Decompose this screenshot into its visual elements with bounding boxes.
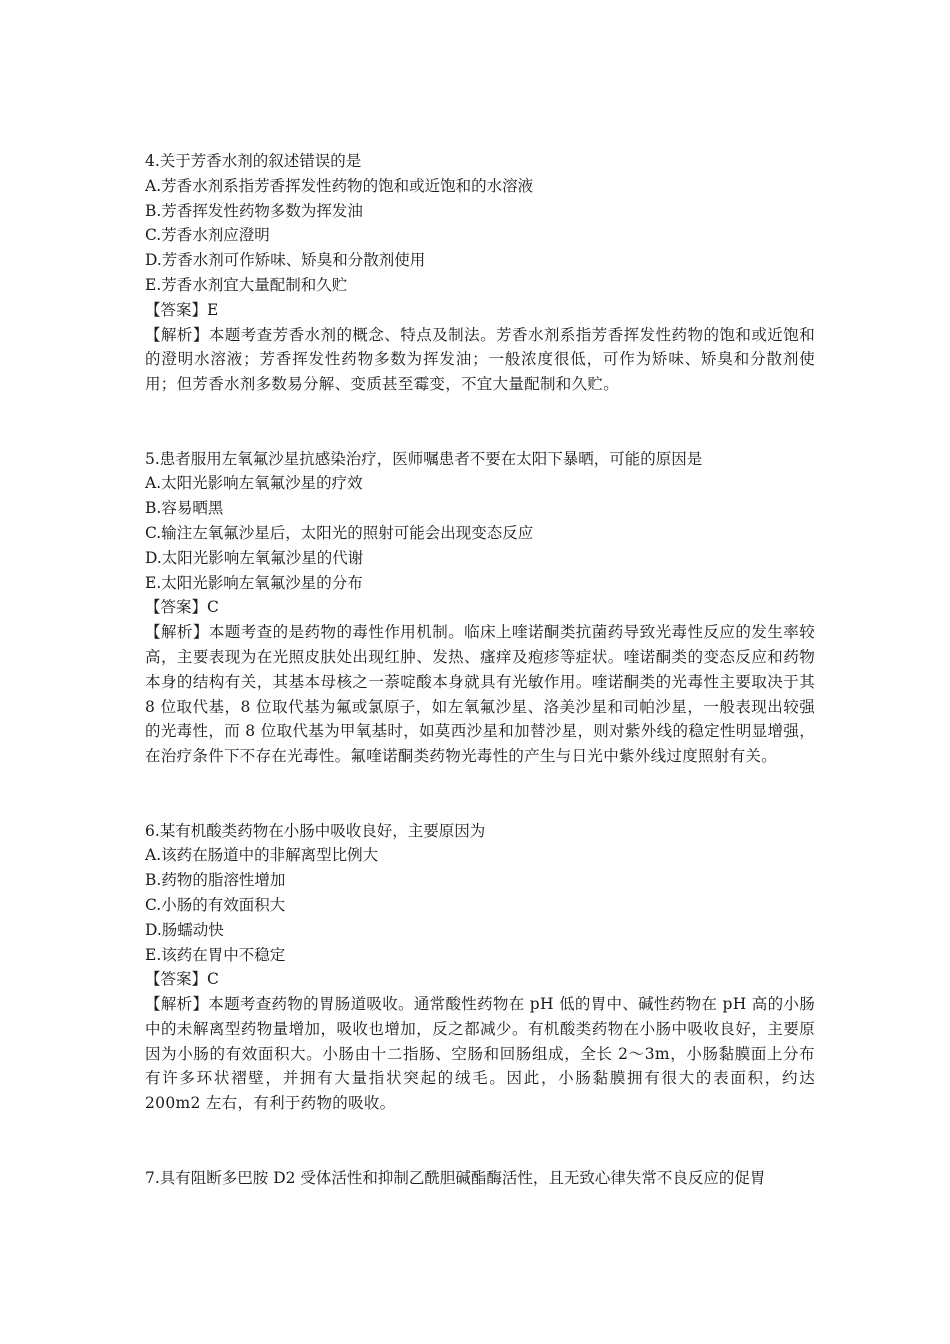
option-b: B.药物的脂溶性增加 (145, 868, 815, 893)
option-e: E.芳香水剂宜大量配制和久贮 (145, 273, 815, 298)
option-a: A.芳香水剂系指芳香挥发性药物的饱和或近饱和的水溶液 (145, 174, 815, 199)
option-b: B.芳香挥发性药物多数为挥发油 (145, 199, 815, 224)
question-stem: 7.具有阻断多巴胺 D2 受体活性和抑制乙酰胆碱酯酶活性，且无致心律失常不良反应… (145, 1166, 815, 1191)
question-7: 7.具有阻断多巴胺 D2 受体活性和抑制乙酰胆碱酯酶活性，且无致心律失常不良反应… (145, 1166, 815, 1191)
option-a: A.太阳光影响左氧氟沙星的疗效 (145, 471, 815, 496)
option-d: D.太阳光影响左氧氟沙星的代谢 (145, 546, 815, 571)
option-b: B.容易晒黑 (145, 496, 815, 521)
question-stem: 5.患者服用左氧氟沙星抗感染治疗，医师嘱患者不要在太阳下暴晒，可能的原因是 (145, 447, 815, 472)
option-c: C.输注左氧氟沙星后，太阳光的照射可能会出现变态反应 (145, 521, 815, 546)
question-stem: 4.关于芳香水剂的叙述错误的是 (145, 149, 815, 174)
option-d: D.肠蠕动快 (145, 918, 815, 943)
answer-line: 【答案】C (145, 595, 815, 620)
analysis-paragraph: 【解析】本题考查芳香水剂的概念、特点及制法。芳香水剂系指芳香挥发性药物的饱和或近… (145, 323, 815, 397)
option-c: C.小肠的有效面积大 (145, 893, 815, 918)
option-a: A.该药在肠道中的非解离型比例大 (145, 843, 815, 868)
option-e: E.该药在胃中不稳定 (145, 943, 815, 968)
question-6: 6.某有机酸类药物在小肠中吸收良好，主要原因为 A.该药在肠道中的非解离型比例大… (145, 819, 815, 1117)
document-page: 4.关于芳香水剂的叙述错误的是 A.芳香水剂系指芳香挥发性药物的饱和或近饱和的水… (145, 149, 815, 1240)
question-4: 4.关于芳香水剂的叙述错误的是 A.芳香水剂系指芳香挥发性药物的饱和或近饱和的水… (145, 149, 815, 397)
option-c: C.芳香水剂应澄明 (145, 223, 815, 248)
answer-line: 【答案】C (145, 967, 815, 992)
analysis-paragraph: 【解析】本题考查的是药物的毒性作用机制。临床上喹诺酮类抗菌药导致光毒性反应的发生… (145, 620, 815, 769)
option-e: E.太阳光影响左氧氟沙星的分布 (145, 571, 815, 596)
analysis-paragraph: 【解析】本题考查药物的胃肠道吸收。通常酸性药物在 pH 低的胃中、碱性药物在 p… (145, 992, 815, 1116)
option-d: D.芳香水剂可作矫味、矫臭和分散剂使用 (145, 248, 815, 273)
question-5: 5.患者服用左氧氟沙星抗感染治疗，医师嘱患者不要在太阳下暴晒，可能的原因是 A.… (145, 447, 815, 769)
answer-line: 【答案】E (145, 298, 815, 323)
question-stem: 6.某有机酸类药物在小肠中吸收良好，主要原因为 (145, 819, 815, 844)
